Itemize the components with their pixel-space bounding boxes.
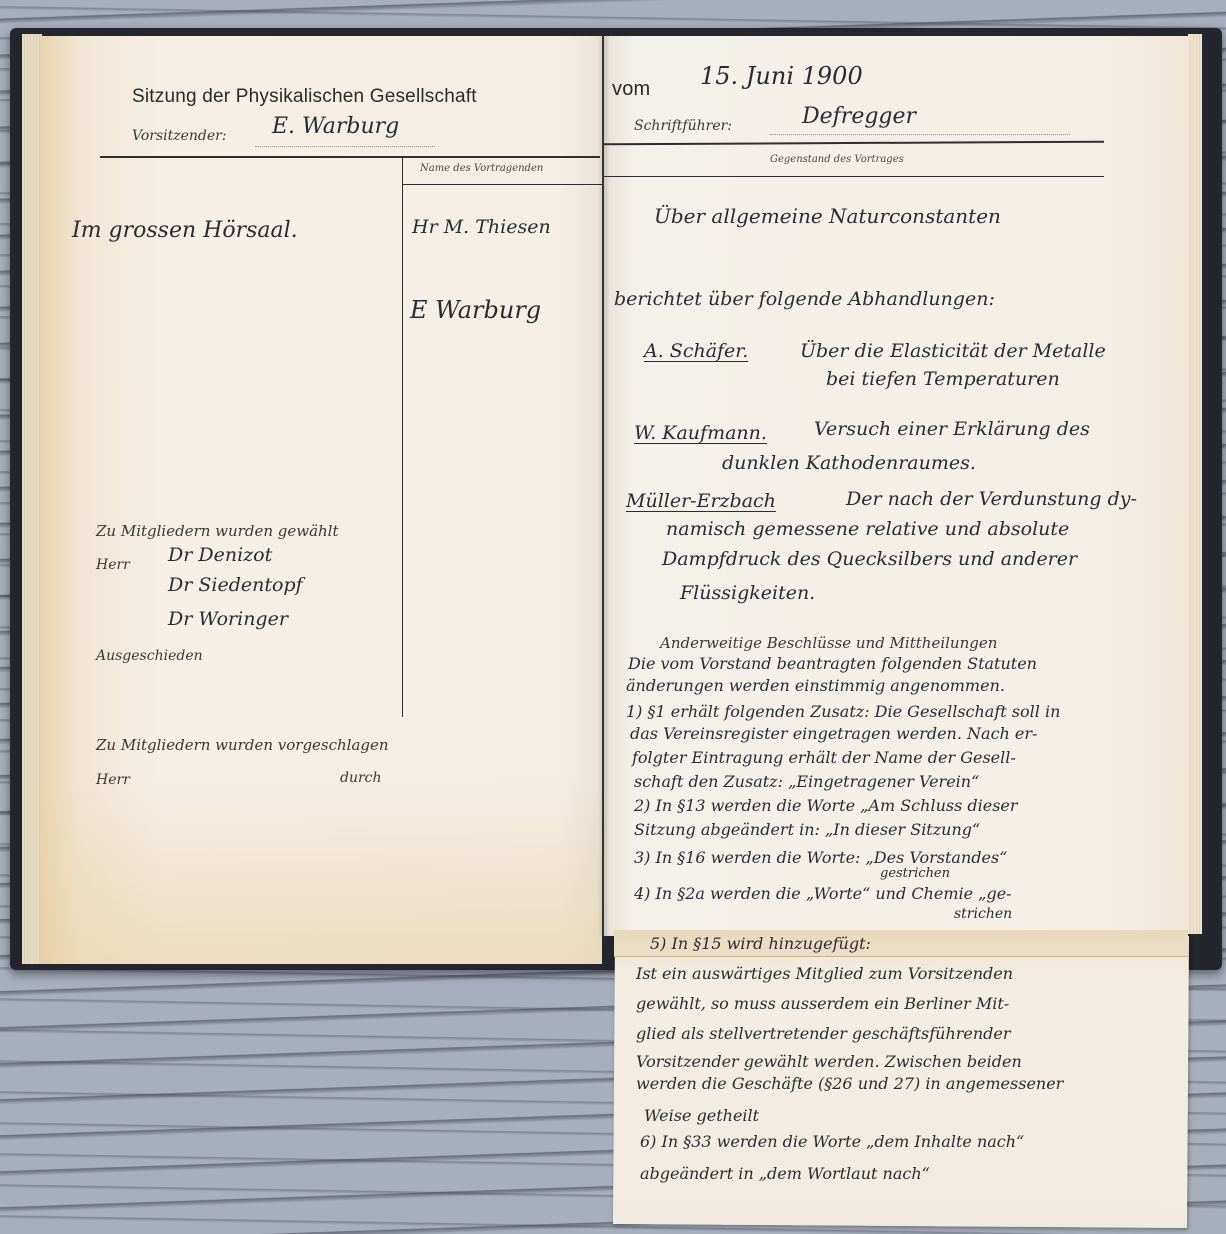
- talk-speaker: E Warburg: [410, 296, 541, 324]
- session-date: 15. Juni 1900: [700, 62, 863, 90]
- paper-title-cont: bei tiefen Temperaturen: [826, 368, 1060, 390]
- paper-author: Müller-Erzbach: [626, 490, 776, 512]
- resolution-line: gestrichen: [880, 866, 950, 881]
- talk-speaker: Hr M. Thiesen: [412, 216, 551, 238]
- paper-title-cont: Dampfdruck des Quecksilbers und anderer: [662, 548, 1077, 570]
- paper-author: A. Schäfer.: [644, 340, 748, 362]
- slip-line: glied als stellvertretender geschäftsfüh…: [636, 1024, 1011, 1043]
- resolution-line: Sitzung abgeändert in: „In dieser Sitzun…: [634, 820, 980, 839]
- slip-line: Ist ein auswärtiges Mitglied zum Vorsitz…: [636, 964, 1013, 983]
- page-edges-right: [1188, 34, 1202, 934]
- other-resolutions-heading: Anderweitige Beschlüsse und Mittheilunge…: [660, 634, 997, 652]
- resolution-line: das Vereinsregister eingetragen werden. …: [630, 724, 1037, 743]
- slip-line: 6) In §33 werden die Worte „dem Inhalte …: [640, 1132, 1024, 1151]
- paper-title: Über die Elasticität der Metalle: [800, 340, 1106, 362]
- elected-member: Dr Denizot: [168, 544, 272, 566]
- subheader-rule-left: [402, 184, 602, 185]
- secretary-label: Schriftführer:: [634, 118, 732, 134]
- resolution-line: Die vom Vorstand beantragten folgenden S…: [628, 654, 1037, 673]
- departed-label: Ausgeschieden: [96, 648, 203, 664]
- resolution-line: strichen: [954, 906, 1012, 922]
- resolution-line: 3) In §16 werden die Worte: „Des Vorstan…: [634, 848, 1007, 867]
- paper-title-cont: dunklen Kathodenraumes.: [722, 452, 976, 474]
- printed-title: Sitzung der Physikalischen Gesellschaft: [132, 86, 477, 108]
- resolution-line: änderungen werden einstimmig angenommen.: [626, 676, 1005, 695]
- subject-column-header: Gegenstand des Vortrages: [770, 154, 904, 165]
- vom-label: vom: [612, 78, 650, 101]
- chair-value: E. Warburg: [272, 114, 399, 139]
- herr-label: Herr: [96, 557, 130, 573]
- chair-dotted-line: [255, 146, 435, 147]
- resolution-line: 4) In §2a werden die „Worte“ und Chemie …: [634, 884, 1012, 903]
- left-page: [40, 36, 602, 964]
- talk-subject: berichtet über folgende Abhandlungen:: [614, 288, 995, 310]
- slip-line: abgeändert in „dem Wortlaut nach“: [640, 1164, 930, 1183]
- resolution-line: 1) §1 erhält folgenden Zusatz: Die Gesel…: [626, 702, 1060, 721]
- paper-title-cont: namisch gemessene relative und absolute: [666, 518, 1069, 540]
- slip-line: 5) In §15 wird hinzugefügt:: [650, 934, 871, 953]
- durch-label: durch: [340, 770, 382, 786]
- session-location: Im grossen Hörsaal.: [72, 218, 298, 243]
- slip-line: werden die Geschäfte (§26 und 27) in ang…: [636, 1074, 1063, 1093]
- page-edges-left: [22, 34, 42, 964]
- resolution-line: schaft den Zusatz: „Eingetragener Verein…: [634, 772, 979, 791]
- proposed-herr-label: Herr: [96, 772, 130, 788]
- elected-member: Dr Woringer: [168, 608, 288, 630]
- chair-label: Vorsitzender:: [132, 128, 227, 144]
- elected-label: Zu Mitgliedern wurden gewählt: [96, 522, 339, 540]
- paper-author: W. Kaufmann.: [634, 422, 767, 444]
- paper-title: Der nach der Verdunstung dy-: [846, 488, 1137, 510]
- paper-title: Versuch einer Erklärung des: [814, 418, 1090, 440]
- secretary-dotted-line: [770, 134, 1070, 135]
- secretary-value: Defregger: [802, 104, 916, 129]
- slip-line: Vorsitzender gewählt werden. Zwischen be…: [636, 1052, 1022, 1071]
- elected-member: Dr Siedentopf: [168, 574, 303, 596]
- header-rule-left: [100, 156, 600, 158]
- column-divider: [402, 157, 403, 717]
- resolution-line: folgter Eintragung erhält der Name der G…: [632, 748, 1016, 767]
- talk-subject: Über allgemeine Naturconstanten: [654, 204, 1001, 228]
- book-gutter: [598, 36, 610, 936]
- subheader-rule-right: [604, 176, 1104, 177]
- proposed-label: Zu Mitgliedern wurden vorgeschlagen: [96, 736, 389, 754]
- paper-title-cont: Flüssigkeiten.: [680, 582, 815, 604]
- resolution-line: 2) In §13 werden die Worte „Am Schluss d…: [634, 796, 1018, 815]
- slip-line: gewählt, so muss ausserdem ein Berliner …: [636, 994, 1009, 1013]
- speaker-column-header: Name des Vortragenden: [420, 163, 543, 174]
- slip-line: Weise getheilt: [644, 1106, 759, 1125]
